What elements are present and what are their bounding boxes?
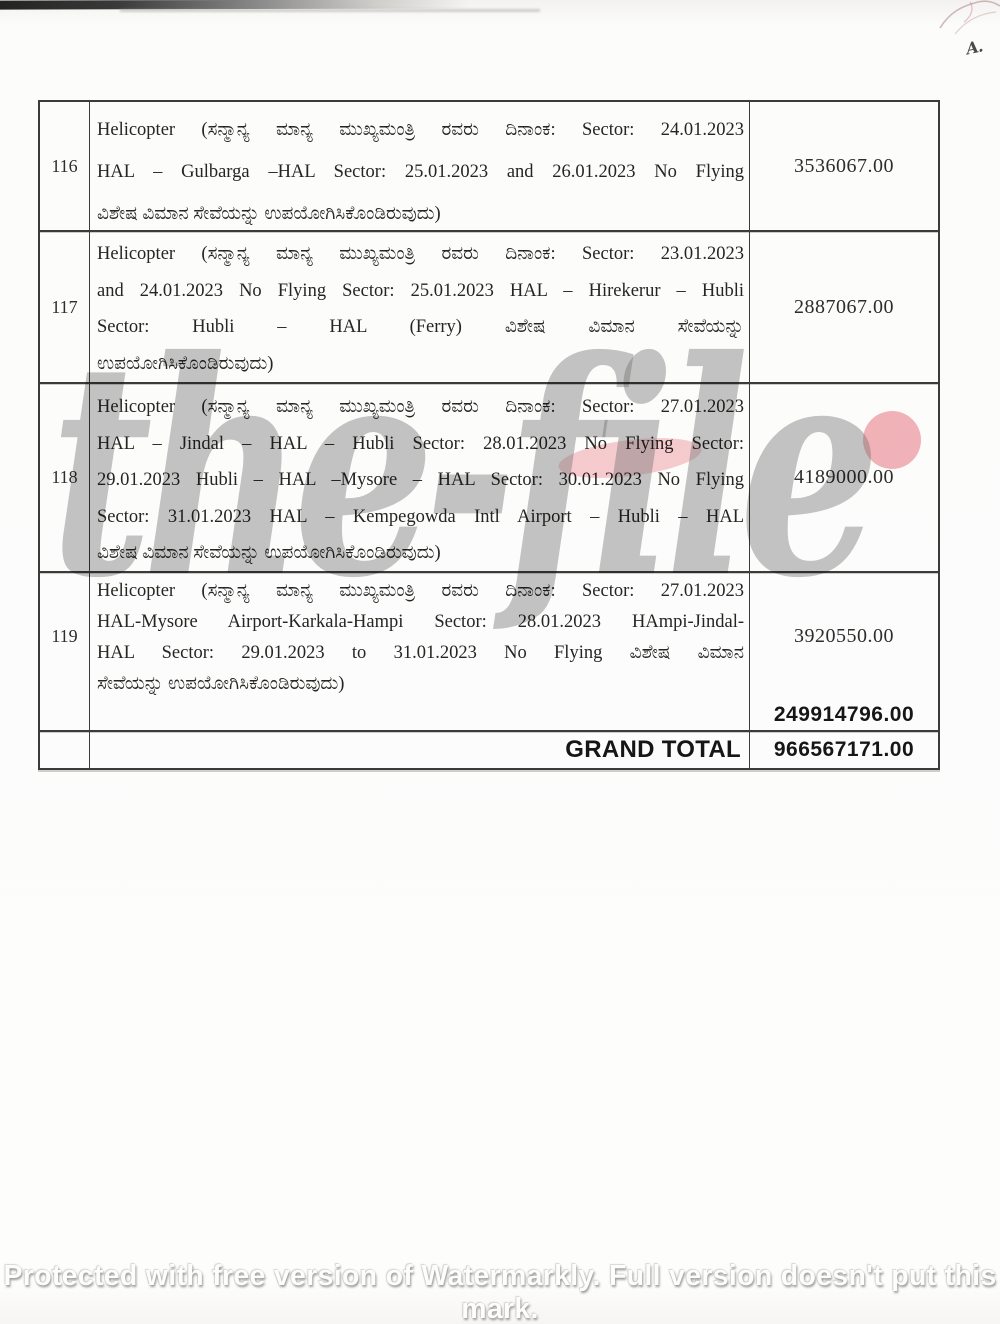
row-number: 118 bbox=[40, 384, 90, 571]
row-description: Helicopter (ಸನ್ಮಾನ್ಯ ಮಾನ್ಯ ಮುಖ್ಯಮಂತ್ರಿ ರ… bbox=[90, 102, 750, 230]
description-line: HAL – Gulbarga –HAL Sector: 25.01.2023 a… bbox=[97, 151, 744, 193]
row-description: Helicopter (ಸನ್ಮಾನ್ಯ ಮಾನ್ಯ ಮುಖ್ಯಮಂತ್ರಿ ರ… bbox=[90, 384, 750, 571]
description-line: Helicopter (ಸನ್ಮಾನ್ಯ ಮಾನ್ಯ ಮುಖ್ಯಮಂತ್ರಿ ರ… bbox=[97, 576, 744, 607]
description-line: 29.01.2023 Hubli – HAL –Mysore – HAL Sec… bbox=[97, 462, 744, 499]
row-amount: 2887067.00 bbox=[750, 232, 938, 382]
grand-total-label: GRAND TOTAL bbox=[90, 732, 750, 768]
description-line: ವಿಶೇಷ ವಿಮಾನ ಸೇವೆಯನ್ನು ಉಪಯೋಗಿಸಿಕೊಂಡಿರುವುದ… bbox=[97, 193, 744, 235]
description-line: HAL – Jindal – HAL – Hubli Sector: 28.01… bbox=[97, 426, 744, 463]
row-description: Helicopter (ಸನ್ಮಾನ್ಯ ಮಾನ್ಯ ಮುಖ್ಯಮಂತ್ರಿ ರ… bbox=[90, 232, 750, 382]
row-number: 116 bbox=[40, 102, 90, 230]
description-line: and 24.01.2023 No Flying Sector: 25.01.2… bbox=[97, 273, 744, 310]
description-line: Sector: 31.01.2023 HAL – Kempegowda Intl… bbox=[97, 499, 744, 536]
description-line: Sector: Hubli – HAL (Ferry) ವಿಶೇಷ ವಿಮಾನ … bbox=[97, 309, 744, 346]
description-line: ಸೇವೆಯನ್ನು ಉಪಯೋಗಿಸಿಕೊಂಡಿರುವುದು) bbox=[97, 669, 744, 700]
pen-squiggle-mark bbox=[900, 0, 1000, 70]
row-number: 117 bbox=[40, 232, 90, 382]
table-row: 249914796.00 bbox=[40, 700, 938, 732]
row-number bbox=[40, 732, 90, 768]
row-amount: 3536067.00 bbox=[750, 102, 938, 230]
description-line: Helicopter (ಸನ್ಮಾನ್ಯ ಮಾನ್ಯ ಮುಖ್ಯಮಂತ್ರಿ ರ… bbox=[97, 389, 744, 426]
grand-total-amount: 966567171.00 bbox=[750, 732, 938, 768]
watermarkly-footer-text: Protected with free version of Watermark… bbox=[0, 1260, 1000, 1324]
description-line: Helicopter (ಸನ್ಮಾನ್ಯ ಮಾನ್ಯ ಮುಖ್ಯಮಂತ್ರಿ ರ… bbox=[97, 109, 744, 151]
scanner-streak-artifact bbox=[120, 9, 540, 12]
description-line: ಉಪಯೋಗಿಸಿಕೊಂಡಿರುವುದು) bbox=[97, 346, 744, 383]
table-row: 118Helicopter (ಸನ್ಮಾನ್ಯ ಮಾನ್ಯ ಮುಖ್ಯಮಂತ್ರ… bbox=[40, 384, 938, 573]
row-description: Helicopter (ಸನ್ಮಾನ್ಯ ಮಾನ್ಯ ಮುಖ್ಯಮಂತ್ರಿ ರ… bbox=[90, 573, 750, 700]
row-number bbox=[40, 700, 90, 730]
row-amount: 3920550.00 bbox=[750, 573, 938, 700]
description-line: HAL-Mysore Airport-Karkala-Hampi Sector:… bbox=[97, 607, 744, 638]
row-number: 119 bbox=[40, 573, 90, 700]
table-row: 116Helicopter (ಸನ್ಮಾನ್ಯ ಮಾನ್ಯ ಮುಖ್ಯಮಂತ್ರ… bbox=[40, 102, 938, 232]
description-line: ವಿಶೇಷ ವಿಮಾನ ಸೇವೆಯನ್ನು ಉಪಯೋಗಿಸಿಕೊಂಡಿರುವುದ… bbox=[97, 535, 744, 572]
table-row: GRAND TOTAL 966567171.00 bbox=[40, 732, 938, 768]
table-rows: 116Helicopter (ಸನ್ಮಾನ್ಯ ಮಾನ್ಯ ಮುಖ್ಯಮಂತ್ರ… bbox=[40, 102, 938, 700]
subtotal-spacer bbox=[90, 700, 750, 730]
description-line: Helicopter (ಸನ್ಮಾನ್ಯ ಮಾನ್ಯ ಮುಖ್ಯಮಂತ್ರಿ ರ… bbox=[97, 236, 744, 273]
expense-table: 116Helicopter (ಸನ್ಮಾನ್ಯ ಮಾನ್ಯ ಮುಖ್ಯಮಂತ್ರ… bbox=[38, 100, 940, 770]
table-row: 117Helicopter (ಸನ್ಮಾನ್ಯ ಮಾನ್ಯ ಮುಖ್ಯಮಂತ್ರ… bbox=[40, 232, 938, 384]
table-row: 119Helicopter (ಸನ್ಮಾನ್ಯ ಮಾನ್ಯ ಮುಖ್ಯಮಂತ್ರ… bbox=[40, 573, 938, 700]
subtotal-amount: 249914796.00 bbox=[750, 700, 938, 730]
scanned-document-page: A. 116Helicopter (ಸನ್ಮಾನ್ಯ ಮಾನ್ಯ ಮುಖ್ಯಮಂ… bbox=[0, 0, 1000, 1324]
row-amount: 4189000.00 bbox=[750, 384, 938, 571]
description-line: HAL Sector: 29.01.2023 to 31.01.2023 No … bbox=[97, 638, 744, 669]
